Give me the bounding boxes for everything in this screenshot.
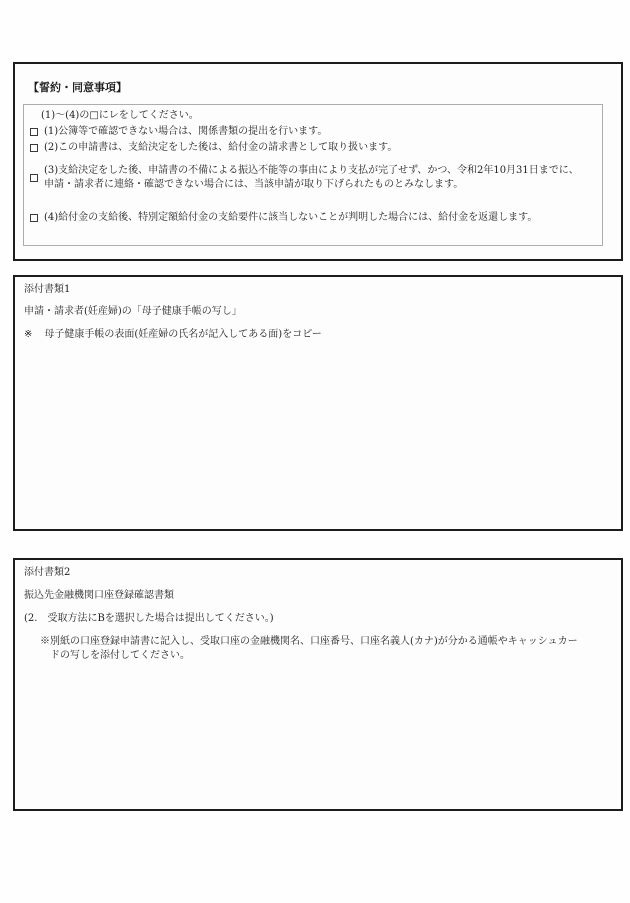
attachment2-section: 添付書類2 振込先金融機関口座登録確認書類 (2. 受取方法にBを選択した場合は… [13,558,623,811]
pledge-item-4-label: (4)給付金の支給後、特別定額給付金の支給要件に該当しないことが判明した場合には… [44,210,537,225]
attachment1-section: 添付書類1 申請・請求者(妊産婦)の「母子健康手帳の写し」 ※ 母子健康手帳の表… [13,275,623,531]
pledge-item-2: (2)この申請書は、支給決定をした後は、給付金の請求書として取り扱います。 [30,140,596,155]
attachment2-condition: (2. 受取方法にBを選択した場合は提出してください。) [15,611,621,626]
attachment2-note-line-1: ※別紙の口座登録申請書に記入し、受取口座の金融機関名、口座番号、口座名義人(カナ… [40,635,621,649]
attachment2-title: 添付書類2 [15,565,621,580]
pledge-title: 【誓約・同意事項】 [28,80,621,95]
pledge-item-3-line-1: (3)支給決定をした後、申請書の不備による振込不能等の事由により支払が完了せず、… [44,164,579,178]
attachment1-title: 添付書類1 [15,282,621,297]
pledge-item-4: (4)給付金の支給後、特別定額給付金の支給要件に該当しないことが判明した場合には… [30,210,596,225]
attachment2-note-line-2: ドの写しを添付してください。 [50,649,621,663]
pledge-item-3-label: (3)支給決定をした後、申請書の不備による振込不能等の事由により支払が完了せず、… [44,164,579,192]
pledge-item-1-label: (1)公簿等で確認できない場合は、関係書類の提出を行います。 [44,124,327,139]
pledge-checkbox-3[interactable] [30,174,38,182]
pledge-item-1: (1)公簿等で確認できない場合は、関係書類の提出を行います。 [30,124,596,139]
attachment2-doc-name: 振込先金融機関口座登録確認書類 [15,588,621,603]
attachment1-note: ※ 母子健康手帳の表面(妊産婦の氏名が記入してある面)をコピー [15,327,621,342]
attachment1-note-marker: ※ [24,327,32,342]
pledge-checkbox-4[interactable] [30,214,38,222]
pledge-item-2-label: (2)この申請書は、支給決定をした後は、給付金の請求書として取り扱います。 [44,140,397,155]
attachment1-description: 申請・請求者(妊産婦)の「母子健康手帳の写し」 [15,304,621,319]
document-page: 【誓約・同意事項】 (1)～(4)の□にレをしてください。 (1)公簿等で確認で… [0,0,630,903]
pledge-item-3: (3)支給決定をした後、申請書の不備による振込不能等の事由により支払が完了せず、… [30,164,596,192]
pledge-instruction: (1)～(4)の□にレをしてください。 [30,108,596,123]
pledge-section: 【誓約・同意事項】 (1)～(4)の□にレをしてください。 (1)公簿等で確認で… [13,62,623,261]
pledge-item-3-line-2: 申請・請求者に連絡・確認できない場合には、当該申請が取り下げられたものとみなしま… [44,178,579,192]
attachment1-note-text: 母子健康手帳の表面(妊産婦の氏名が記入してある面)をコピー [44,327,321,342]
pledge-agreement-box: (1)～(4)の□にレをしてください。 (1)公簿等で確認できない場合は、関係書… [23,104,603,246]
pledge-checkbox-1[interactable] [30,128,38,136]
pledge-checkbox-2[interactable] [30,144,38,152]
attachment2-note: ※別紙の口座登録申請書に記入し、受取口座の金融機関名、口座番号、口座名義人(カナ… [15,635,621,663]
